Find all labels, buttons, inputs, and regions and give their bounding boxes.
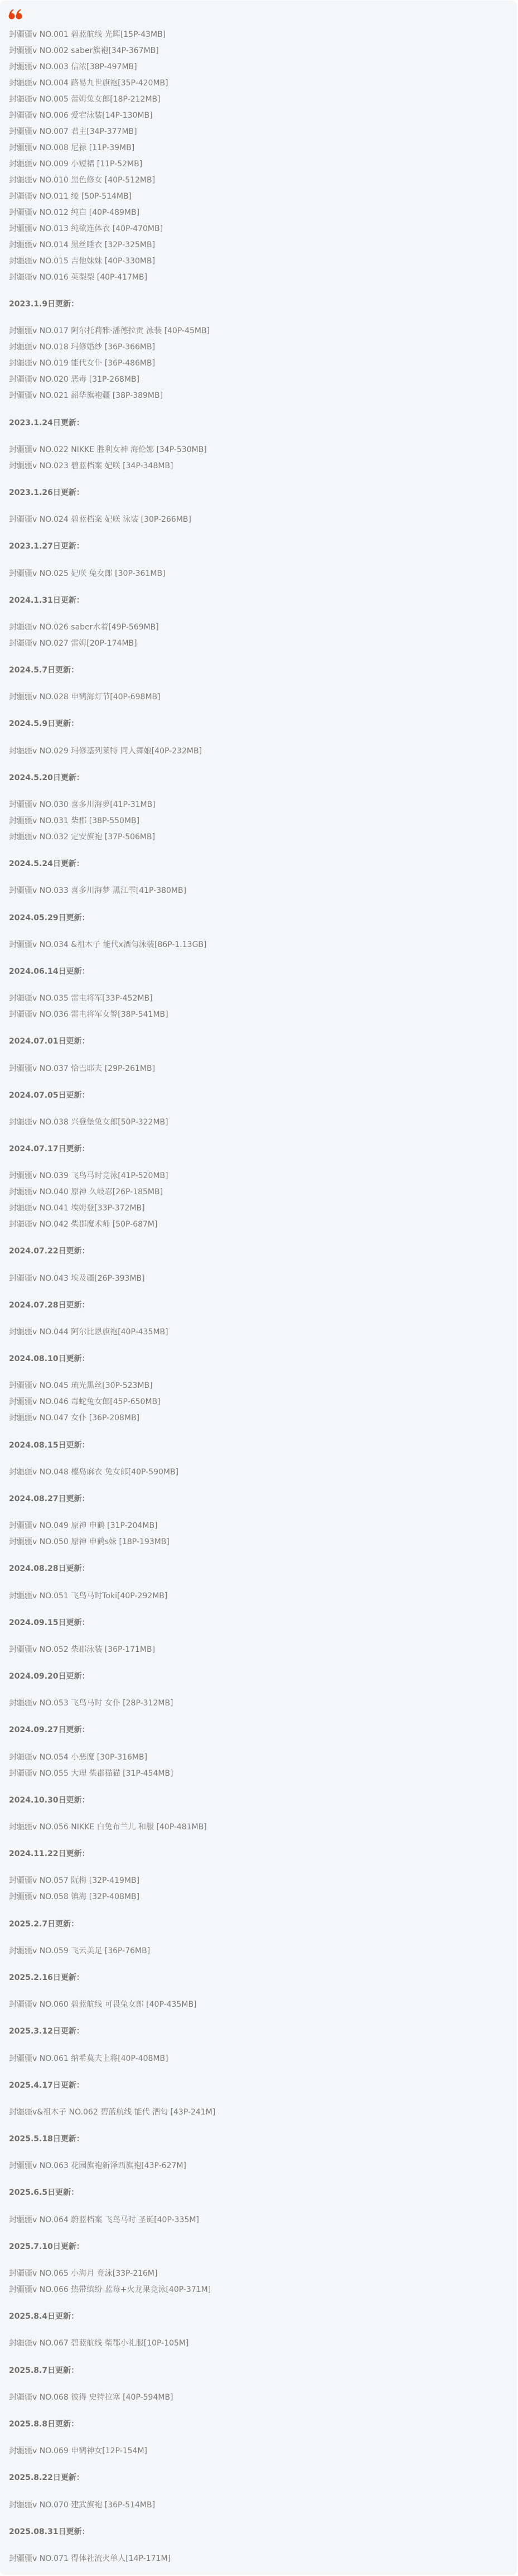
album-list: 封疆疆v NO.043 埃及疆[26P-393MB] — [9, 1271, 508, 1287]
update-date-heading: 2025.6.5日更新： — [9, 2185, 508, 2201]
album-item: 封疆疆v NO.065 小海月 竞泳[33P-216M] — [9, 2266, 508, 2282]
album-list: 封疆疆v NO.060 碧蓝航线 可畏兔女郎 [40P-435MB] — [9, 1997, 508, 2013]
album-list: 封疆疆v NO.049 原神 申鹤 [31P-204MB]封疆疆v NO.050… — [9, 1518, 508, 1550]
album-item: 封疆疆v&祖木子 NO.062 碧蓝航线 能代 酒匂 [43P-241M] — [9, 2104, 508, 2121]
album-item: 封疆疆v NO.040 原神 久岐忍[26P-185MB] — [9, 1184, 508, 1200]
update-date-heading: 2025.8.7日更新： — [9, 2363, 508, 2379]
heading-text: 2023.1.27日更新： — [9, 539, 508, 555]
heading-text: 2025.3.12日更新： — [9, 2024, 508, 2040]
album-list: 封疆疆v NO.039 飞鸟马时竞泳[41P-520MB]封疆疆v NO.040… — [9, 1168, 508, 1233]
heading-text: 2024.07.22日更新： — [9, 1243, 508, 1260]
heading-text: 2024.07.17日更新： — [9, 1141, 508, 1157]
heading-text: 2025.8.7日更新： — [9, 2363, 508, 2379]
album-item: 封疆疆v NO.022 NIKKE 胜利女神 海伦娜 [34P-530MB] — [9, 442, 508, 458]
album-list: 封疆疆v NO.069 申鹤神女[12P-154M] — [9, 2443, 508, 2459]
album-list: 封疆疆v NO.044 阿尔比恩旗袍[40P-435MB] — [9, 1324, 508, 1340]
album-list: 封疆疆v NO.052 柴郡泳装 [36P-171MB] — [9, 1642, 508, 1658]
update-date-heading: 2024.08.10日更新： — [9, 1351, 508, 1367]
album-list: 封疆疆v NO.022 NIKKE 胜利女神 海伦娜 [34P-530MB]封疆… — [9, 442, 508, 474]
album-item: 封疆疆v NO.016 英梨梨 [40P-417MB] — [9, 270, 508, 286]
album-item: 封疆疆v NO.007 君主[34P-377MB] — [9, 124, 508, 140]
album-item: 封疆疆v NO.019 能代女仆 [36P-486MB] — [9, 355, 508, 372]
album-item: 封疆疆v NO.067 碧蓝航线 柴郡小礼服[10P-105M] — [9, 2335, 508, 2352]
album-item: 封疆疆v NO.003 信浓[38P-497MB] — [9, 59, 508, 75]
album-item: 封疆疆v NO.066 热带缤纷 蓝莓+火龙果竞泳[40P-371M] — [9, 2282, 508, 2298]
heading-text: 2025.08.31日更新： — [9, 2524, 508, 2540]
update-date-heading: 2023.1.24日更新： — [9, 415, 508, 431]
album-item: 封疆疆v NO.002 saber旗袍[34P-367MB] — [9, 43, 508, 59]
album-item: 封疆疆v NO.025 妃咲 兔女郎 [30P-361MB] — [9, 566, 508, 582]
album-list: 封疆疆v NO.054 小恶魔 [30P-316MB]封疆疆v NO.055 大… — [9, 1750, 508, 1782]
album-item: 封疆疆v NO.047 女仆 [36P-208MB] — [9, 1410, 508, 1426]
heading-text: 2025.2.16日更新： — [9, 1970, 508, 1986]
album-list: 封疆疆v NO.030 喜多川海夢[41P-31MB]封疆疆v NO.031 柴… — [9, 797, 508, 845]
heading-text: 2025.8.4日更新： — [9, 2309, 508, 2325]
update-date-heading: 2024.10.30日更新： — [9, 1792, 508, 1809]
album-item: 封疆疆v NO.060 碧蓝航线 可畏兔女郎 [40P-435MB] — [9, 1997, 508, 2013]
update-date-heading: 2024.07.17日更新： — [9, 1141, 508, 1157]
heading-text: 2024.1.31日更新： — [9, 593, 508, 609]
update-date-heading: 2024.5.24日更新： — [9, 856, 508, 872]
album-item: 封疆疆v NO.053 飞鸟马时 女仆 [28P-312MB] — [9, 1695, 508, 1712]
album-item: 封疆疆v NO.011 绫 [50P-514MB] — [9, 189, 508, 205]
heading-text: 2024.08.10日更新： — [9, 1351, 508, 1367]
album-list: 封疆疆v NO.028 申鹤海灯节[40P-698MB] — [9, 689, 508, 705]
heading-text: 2025.4.17日更新： — [9, 2078, 508, 2094]
album-list: 封疆疆v NO.048 樱岛麻衣 兔女郎[40P-590MB] — [9, 1464, 508, 1481]
update-date-heading: 2024.09.20日更新： — [9, 1669, 508, 1685]
heading-text: 2023.1.9日更新： — [9, 296, 508, 313]
quote-open-icon — [8, 9, 23, 20]
update-date-heading: 2025.5.18日更新： — [9, 2131, 508, 2147]
album-list: 封疆疆v NO.033 喜多川海梦 黑江雫[41P-380MB] — [9, 883, 508, 899]
album-list: 封疆疆v NO.035 雷电将军[33P-452MB]封疆疆v NO.036 雷… — [9, 991, 508, 1023]
album-item: 封疆疆v NO.028 申鹤海灯节[40P-698MB] — [9, 689, 508, 705]
album-item: 封疆疆v NO.029 玛修基列莱特 同人舞娘[40P-232MB] — [9, 743, 508, 760]
album-list: 封疆疆v NO.071 得体社流火单人[14P-171M] — [9, 2551, 508, 2567]
heading-text: 2024.5.20日更新： — [9, 770, 508, 786]
update-date-heading: 2024.5.20日更新： — [9, 770, 508, 786]
album-list: 封疆疆v NO.051 飞鸟马时Toki[40P-292MB] — [9, 1588, 508, 1604]
album-item: 封疆疆v NO.050 原神 申鹤s妹 [18P-193MB] — [9, 1534, 508, 1550]
update-date-heading: 2024.07.05日更新： — [9, 1088, 508, 1104]
album-item: 封疆疆v NO.030 喜多川海夢[41P-31MB] — [9, 797, 508, 813]
album-item: 封疆疆v NO.058 镇海 [32P-408MB] — [9, 1889, 508, 1905]
heading-text: 2024.09.27日更新： — [9, 1722, 508, 1738]
album-item: 封疆疆v NO.010 黑色修女 [40P-512MB] — [9, 172, 508, 189]
heading-text: 2024.5.7日更新： — [9, 662, 508, 679]
update-date-heading: 2024.06.14日更新： — [9, 964, 508, 980]
heading-text: 2024.10.30日更新： — [9, 1792, 508, 1809]
album-list: 封疆疆v NO.045 琉光黑丝[30P-523MB]封疆疆v NO.046 毒… — [9, 1378, 508, 1426]
heading-text: 2024.06.14日更新： — [9, 964, 508, 980]
heading-text: 2024.09.15日更新： — [9, 1615, 508, 1631]
album-item: 封疆疆v NO.039 飞鸟马时竞泳[41P-520MB] — [9, 1168, 508, 1184]
update-date-heading: 2025.4.17日更新： — [9, 2078, 508, 2094]
album-list: 封疆疆v NO.064 蔚蓝档案 飞鸟马时 圣诞[40P-335M] — [9, 2212, 508, 2228]
album-list: 封疆疆v NO.053 飞鸟马时 女仆 [28P-312MB] — [9, 1695, 508, 1712]
album-item: 封疆疆v NO.020 恶毒 [31P-268MB] — [9, 372, 508, 388]
album-item: 封疆疆v NO.049 原神 申鹤 [31P-204MB] — [9, 1518, 508, 1534]
album-item: 封疆疆v NO.014 黑丝睡衣 [32P-325MB] — [9, 237, 508, 253]
album-item: 封疆疆v NO.070 建武旗袍 [36P-514MB] — [9, 2497, 508, 2513]
album-item: 封疆疆v NO.013 纯欲连体衣 [40P-470MB] — [9, 221, 508, 237]
album-item: 封疆疆v NO.027 雷姆[20P-174MB] — [9, 636, 508, 652]
album-item: 封疆疆v NO.009 小短裙 [11P-52MB] — [9, 156, 508, 172]
album-list: 封疆疆v NO.038 兴登堡兔女郎[50P-322MB] — [9, 1114, 508, 1131]
update-date-heading: 2025.7.10日更新： — [9, 2239, 508, 2255]
album-list: 封疆疆v NO.029 玛修基列莱特 同人舞娘[40P-232MB] — [9, 743, 508, 760]
heading-text: 2025.8.22日更新： — [9, 2470, 508, 2486]
album-item: 封疆疆v NO.055 大理 柴郡猫猫 [31P-454MB] — [9, 1766, 508, 1782]
heading-text: 2024.07.01日更新： — [9, 1034, 508, 1050]
album-item: 封疆疆v NO.059 飞云美足 [36P-76MB] — [9, 1943, 508, 1959]
update-date-heading: 2024.11.22日更新： — [9, 1846, 508, 1862]
album-list: 封疆疆v NO.070 建武旗袍 [36P-514MB] — [9, 2497, 508, 2513]
album-list: 封疆疆v NO.057 阮梅 [32P-419MB]封疆疆v NO.058 镇海… — [9, 1873, 508, 1905]
heading-text: 2025.5.18日更新： — [9, 2131, 508, 2147]
update-date-heading: 2024.08.28日更新： — [9, 1561, 508, 1577]
album-item: 封疆疆v NO.037 恰巴耶夫 [29P-261MB] — [9, 1061, 508, 1077]
album-list: 封疆疆v NO.063 花园旗袍新泽西旗袍[43P-627M] — [9, 2158, 508, 2174]
heading-text: 2024.5.24日更新： — [9, 856, 508, 872]
update-date-heading: 2024.07.01日更新： — [9, 1034, 508, 1050]
album-list: 封疆疆v NO.059 飞云美足 [36P-76MB] — [9, 1943, 508, 1959]
album-item: 封疆疆v NO.021 韶华旗袍疆 [38P-389MB] — [9, 388, 508, 404]
album-list: 封疆疆v NO.067 碧蓝航线 柴郡小礼服[10P-105M] — [9, 2335, 508, 2352]
album-list: 封疆疆v NO.068 彼得 史特拉塞 [40P-594MB] — [9, 2390, 508, 2406]
album-item: 封疆疆v NO.023 碧蓝档案 妃咲 [34P-348MB] — [9, 458, 508, 474]
update-date-heading: 2024.08.15日更新： — [9, 1438, 508, 1454]
album-item: 封疆疆v NO.048 樱岛麻衣 兔女郎[40P-590MB] — [9, 1464, 508, 1481]
update-date-heading: 2024.08.27日更新： — [9, 1491, 508, 1507]
album-list: 封疆疆v NO.037 恰巴耶夫 [29P-261MB] — [9, 1061, 508, 1077]
update-date-heading: 2024.5.7日更新： — [9, 662, 508, 679]
album-item: 封疆疆v NO.033 喜多川海梦 黑江雫[41P-380MB] — [9, 883, 508, 899]
update-date-heading: 2025.8.4日更新： — [9, 2309, 508, 2325]
heading-text: 2025.8.8日更新： — [9, 2416, 508, 2433]
heading-text: 2024.11.22日更新： — [9, 1846, 508, 1862]
heading-text: 2024.5.9日更新： — [9, 716, 508, 732]
album-list: 封疆疆v NO.026 saber水着[49P-569MB]封疆疆v NO.02… — [9, 619, 508, 652]
update-date-heading: 2024.07.28日更新： — [9, 1297, 508, 1314]
heading-text: 2025.6.5日更新： — [9, 2185, 508, 2201]
update-date-heading: 2023.1.27日更新： — [9, 539, 508, 555]
update-list-blockquote: 封疆疆v NO.001 碧蓝航线 光辉[15P-43MB]封疆疆v NO.002… — [0, 1, 517, 2575]
album-item: 封疆疆v NO.068 彼得 史特拉塞 [40P-594MB] — [9, 2390, 508, 2406]
album-item: 封疆疆v NO.054 小恶魔 [30P-316MB] — [9, 1750, 508, 1766]
heading-text: 2025.2.7日更新： — [9, 1916, 508, 1933]
album-list: 封疆疆v NO.056 NIKKE 白兔布兰儿 和服 [40P-481MB] — [9, 1819, 508, 1835]
album-item: 封疆疆v NO.018 玛修婚纱 [36P-366MB] — [9, 339, 508, 355]
update-date-heading: 2024.1.31日更新： — [9, 593, 508, 609]
update-date-heading: 2023.1.26日更新： — [9, 485, 508, 501]
heading-text: 2024.05.29日更新： — [9, 910, 508, 926]
album-item: 封疆疆v NO.043 埃及疆[26P-393MB] — [9, 1271, 508, 1287]
update-date-heading: 2024.09.27日更新： — [9, 1722, 508, 1738]
album-item: 封疆疆v NO.017 阿尔托莉雅·潘德拉贡 泳装 [40P-45MB] — [9, 323, 508, 339]
heading-text: 2023.1.24日更新： — [9, 415, 508, 431]
album-item: 封疆疆v NO.008 尼禄 [11P-39MB] — [9, 140, 508, 156]
update-content: 封疆疆v NO.001 碧蓝航线 光辉[15P-43MB]封疆疆v NO.002… — [9, 27, 508, 2567]
album-item: 封疆疆v NO.031 柴郡 [38P-550MB] — [9, 813, 508, 829]
album-item: 封疆疆v NO.069 申鹤神女[12P-154M] — [9, 2443, 508, 2459]
album-list: 封疆疆v NO.024 碧蓝档案 妃咲 泳装 [30P-266MB] — [9, 512, 508, 528]
album-list: 封疆疆v NO.034 &祖木子 能代x酒匂泳装[86P-1.13GB] — [9, 937, 508, 953]
album-item: 封疆疆v NO.015 吉他妹妹 [40P-330MB] — [9, 253, 508, 270]
heading-text: 2024.08.28日更新： — [9, 1561, 508, 1577]
update-date-heading: 2025.2.16日更新： — [9, 1970, 508, 1986]
album-item: 封疆疆v NO.036 雷电将军女警[38P-541MB] — [9, 1007, 508, 1023]
album-item: 封疆疆v NO.045 琉光黑丝[30P-523MB] — [9, 1378, 508, 1394]
album-list: 封疆疆v NO.065 小海月 竞泳[33P-216M]封疆疆v NO.066 … — [9, 2266, 508, 2298]
album-item: 封疆疆v NO.046 毒蛇兔女郎[45P-650MB] — [9, 1394, 508, 1410]
album-list: 封疆疆v NO.061 纳希莫夫上将[40P-408MB] — [9, 2051, 508, 2067]
album-item: 封疆疆v NO.032 定安旗袍 [37P-506MB] — [9, 829, 508, 845]
album-item: 封疆疆v NO.057 阮梅 [32P-419MB] — [9, 1873, 508, 1889]
album-list: 封疆疆v&祖木子 NO.062 碧蓝航线 能代 酒匂 [43P-241M] — [9, 2104, 508, 2121]
album-list: 封疆疆v NO.025 妃咲 兔女郎 [30P-361MB] — [9, 566, 508, 582]
heading-text: 2024.07.28日更新： — [9, 1297, 508, 1314]
update-date-heading: 2025.8.8日更新： — [9, 2416, 508, 2433]
album-item: 封疆疆v NO.038 兴登堡兔女郎[50P-322MB] — [9, 1114, 508, 1131]
heading-text: 2024.08.27日更新： — [9, 1491, 508, 1507]
album-item: 封疆疆v NO.006 爱宕泳装[14P-130MB] — [9, 108, 508, 124]
album-item: 封疆疆v NO.026 saber水着[49P-569MB] — [9, 619, 508, 636]
update-date-heading: 2024.05.29日更新： — [9, 910, 508, 926]
album-item: 封疆疆v NO.012 纯白 [40P-489MB] — [9, 205, 508, 221]
album-item: 封疆疆v NO.051 飞鸟马时Toki[40P-292MB] — [9, 1588, 508, 1604]
album-item: 封疆疆v NO.041 埃姆登[33P-372MB] — [9, 1200, 508, 1217]
album-item: 封疆疆v NO.005 蕾姆兔女郎[18P-212MB] — [9, 92, 508, 108]
update-date-heading: 2025.2.7日更新： — [9, 1916, 508, 1933]
heading-text: 2025.7.10日更新： — [9, 2239, 508, 2255]
update-date-heading: 2024.07.22日更新： — [9, 1243, 508, 1260]
album-item: 封疆疆v NO.052 柴郡泳装 [36P-171MB] — [9, 1642, 508, 1658]
album-item: 封疆疆v NO.024 碧蓝档案 妃咲 泳装 [30P-266MB] — [9, 512, 508, 528]
heading-text: 2024.08.15日更新： — [9, 1438, 508, 1454]
album-item: 封疆疆v NO.035 雷电将军[33P-452MB] — [9, 991, 508, 1007]
album-item: 封疆疆v NO.056 NIKKE 白兔布兰儿 和服 [40P-481MB] — [9, 1819, 508, 1835]
album-item: 封疆疆v NO.061 纳希莫夫上将[40P-408MB] — [9, 2051, 508, 2067]
heading-text: 2024.07.05日更新： — [9, 1088, 508, 1104]
heading-text: 2024.09.20日更新： — [9, 1669, 508, 1685]
album-list: 封疆疆v NO.017 阿尔托莉雅·潘德拉贡 泳装 [40P-45MB]封疆疆v… — [9, 323, 508, 404]
update-date-heading: 2025.08.31日更新： — [9, 2524, 508, 2540]
album-item: 封疆疆v NO.071 得体社流火单人[14P-171M] — [9, 2551, 508, 2567]
album-item: 封疆疆v NO.004 路易九世旗袍[35P-420MB] — [9, 75, 508, 92]
album-item: 封疆疆v NO.044 阿尔比恩旗袍[40P-435MB] — [9, 1324, 508, 1340]
album-item: 封疆疆v NO.042 柴郡魔术师 [50P-687M] — [9, 1217, 508, 1233]
update-date-heading: 2025.3.12日更新： — [9, 2024, 508, 2040]
album-item: 封疆疆v NO.064 蔚蓝档案 飞鸟马时 圣诞[40P-335M] — [9, 2212, 508, 2228]
update-date-heading: 2023.1.9日更新： — [9, 296, 508, 313]
heading-text: 2023.1.26日更新： — [9, 485, 508, 501]
album-list: 封疆疆v NO.001 碧蓝航线 光辉[15P-43MB]封疆疆v NO.002… — [9, 27, 508, 286]
update-date-heading: 2024.09.15日更新： — [9, 1615, 508, 1631]
update-date-heading: 2025.8.22日更新： — [9, 2470, 508, 2486]
album-item: 封疆疆v NO.001 碧蓝航线 光辉[15P-43MB] — [9, 27, 508, 43]
album-item: 封疆疆v NO.063 花园旗袍新泽西旗袍[43P-627M] — [9, 2158, 508, 2174]
album-item: 封疆疆v NO.034 &祖木子 能代x酒匂泳装[86P-1.13GB] — [9, 937, 508, 953]
update-date-heading: 2024.5.9日更新： — [9, 716, 508, 732]
